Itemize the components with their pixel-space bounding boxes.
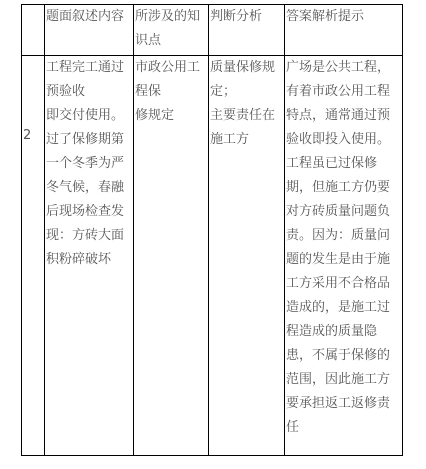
description-cell: 工程完工通过 预验收 即交付使用。 过了保修期第 一个冬季为严 冬气候，春融 后… <box>45 56 134 456</box>
knowledge-line: 程保 <box>135 80 208 104</box>
answer-line: 特点，通常通过预 <box>286 104 402 128</box>
knowledge-line: 修规定 <box>135 104 208 128</box>
header-row: 题面叙述内容 所涉及的知识点 判断分析 答案解析提示 <box>22 5 403 56</box>
table-row: 2 工程完工通过 预验收 即交付使用。 过了保修期第 一个冬季为严 冬气候，春融… <box>22 56 403 456</box>
analysis-line: 施工方 <box>210 128 284 152</box>
answer-line: 对方砖质量问题负 <box>286 200 402 224</box>
header-number <box>22 5 45 56</box>
answer-line: 工程虽已过保修 <box>286 152 402 176</box>
description-line: 即交付使用。 <box>46 104 133 128</box>
analysis-line: 质量保修规 <box>210 56 284 80</box>
header-analysis: 判断分析 <box>209 5 285 56</box>
answer-line: 范围，因此施工方 <box>286 368 402 392</box>
description-line: 积粉碎破坏 <box>46 248 133 272</box>
answer-line: 广场是公共工程， <box>286 56 402 80</box>
description-line: 工程完工通过 <box>46 56 133 80</box>
knowledge-point-cell: 市政公用工 程保 修规定 <box>134 56 209 456</box>
answer-line: 题的发生是由于施 <box>286 248 402 272</box>
row-number: 2 <box>22 56 45 456</box>
description-line: 预验收 <box>46 80 133 104</box>
analysis-cell: 质量保修规 定； 主要责任在 施工方 <box>209 56 285 456</box>
header-answer-hint: 答案解析提示 <box>285 5 403 56</box>
answer-line: 要承担返工返修责 <box>286 392 402 416</box>
description-line: 冬气候，春融 <box>46 176 133 200</box>
answer-line: 造成的，是施工过 <box>286 296 402 320</box>
answer-line: 患，不属于保修的 <box>286 344 402 368</box>
analysis-line: 主要责任在 <box>210 104 284 128</box>
description-line: 一个冬季为严 <box>46 152 133 176</box>
description-line: 过了保修期第 <box>46 128 133 152</box>
answer-line: 程造成的质量隐 <box>286 320 402 344</box>
description-line: 后现场检查发 <box>46 200 133 224</box>
answer-hint-cell: 广场是公共工程， 有着市政公用工程 特点，通常通过预 验收即投入使用。 工程虽已… <box>285 56 403 456</box>
answer-analysis-table: 题面叙述内容 所涉及的知识点 判断分析 答案解析提示 2 工程完工通过 预验收 … <box>21 4 403 456</box>
row-number-text: 2 <box>23 124 44 148</box>
description-line: 现：方砖大面 <box>46 224 133 248</box>
answer-line: 验收即投入使用。 <box>286 128 402 152</box>
knowledge-line: 市政公用工 <box>135 56 208 80</box>
answer-line: 期，但施工方仍要 <box>286 176 402 200</box>
answer-line: 工方采用不合格品 <box>286 272 402 296</box>
analysis-line: 定； <box>210 80 284 104</box>
answer-line: 有着市政公用工程 <box>286 80 402 104</box>
header-knowledge-point: 所涉及的知识点 <box>134 5 209 56</box>
answer-line: 任 <box>286 416 402 440</box>
answer-line: 责。因为：质量问 <box>286 224 402 248</box>
header-description: 题面叙述内容 <box>45 5 134 56</box>
